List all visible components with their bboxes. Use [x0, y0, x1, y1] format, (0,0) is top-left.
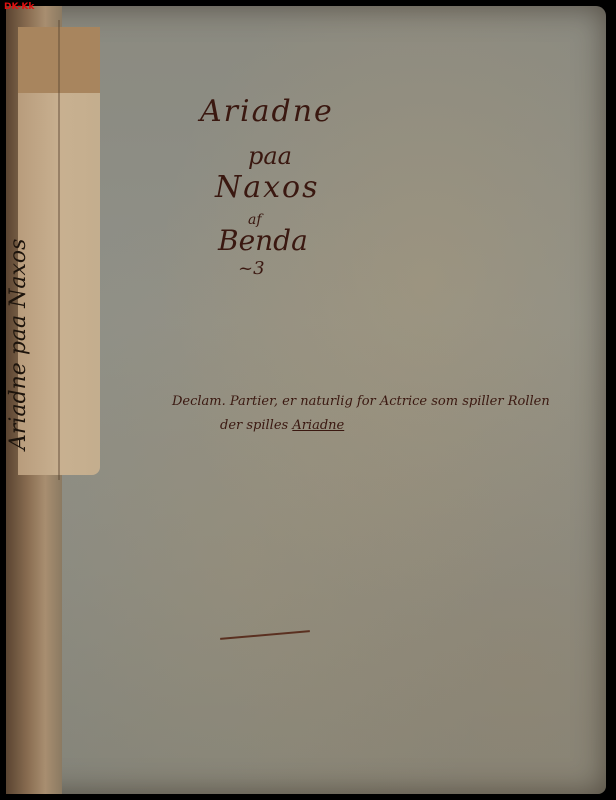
spine-title: Ariadne paa Naxos	[6, 90, 36, 450]
handwritten-note-line2: der spilles Ariadne	[220, 418, 344, 433]
note-underlined: Ariadne	[292, 418, 344, 433]
collection-label: DK-Kk	[4, 2, 34, 12]
flourish: ~3	[238, 258, 265, 279]
note-prefix: der spilles	[220, 418, 292, 433]
cover-title-paa: paa	[248, 142, 292, 170]
cover-title: Ariadne	[200, 94, 334, 129]
cover-composer: Benda	[218, 224, 308, 257]
spine-fold	[58, 20, 60, 480]
cover-title-naxos: Naxos	[215, 170, 320, 205]
handwritten-note-line1: Declam. Partier, er naturlig for Actrice…	[172, 394, 550, 409]
